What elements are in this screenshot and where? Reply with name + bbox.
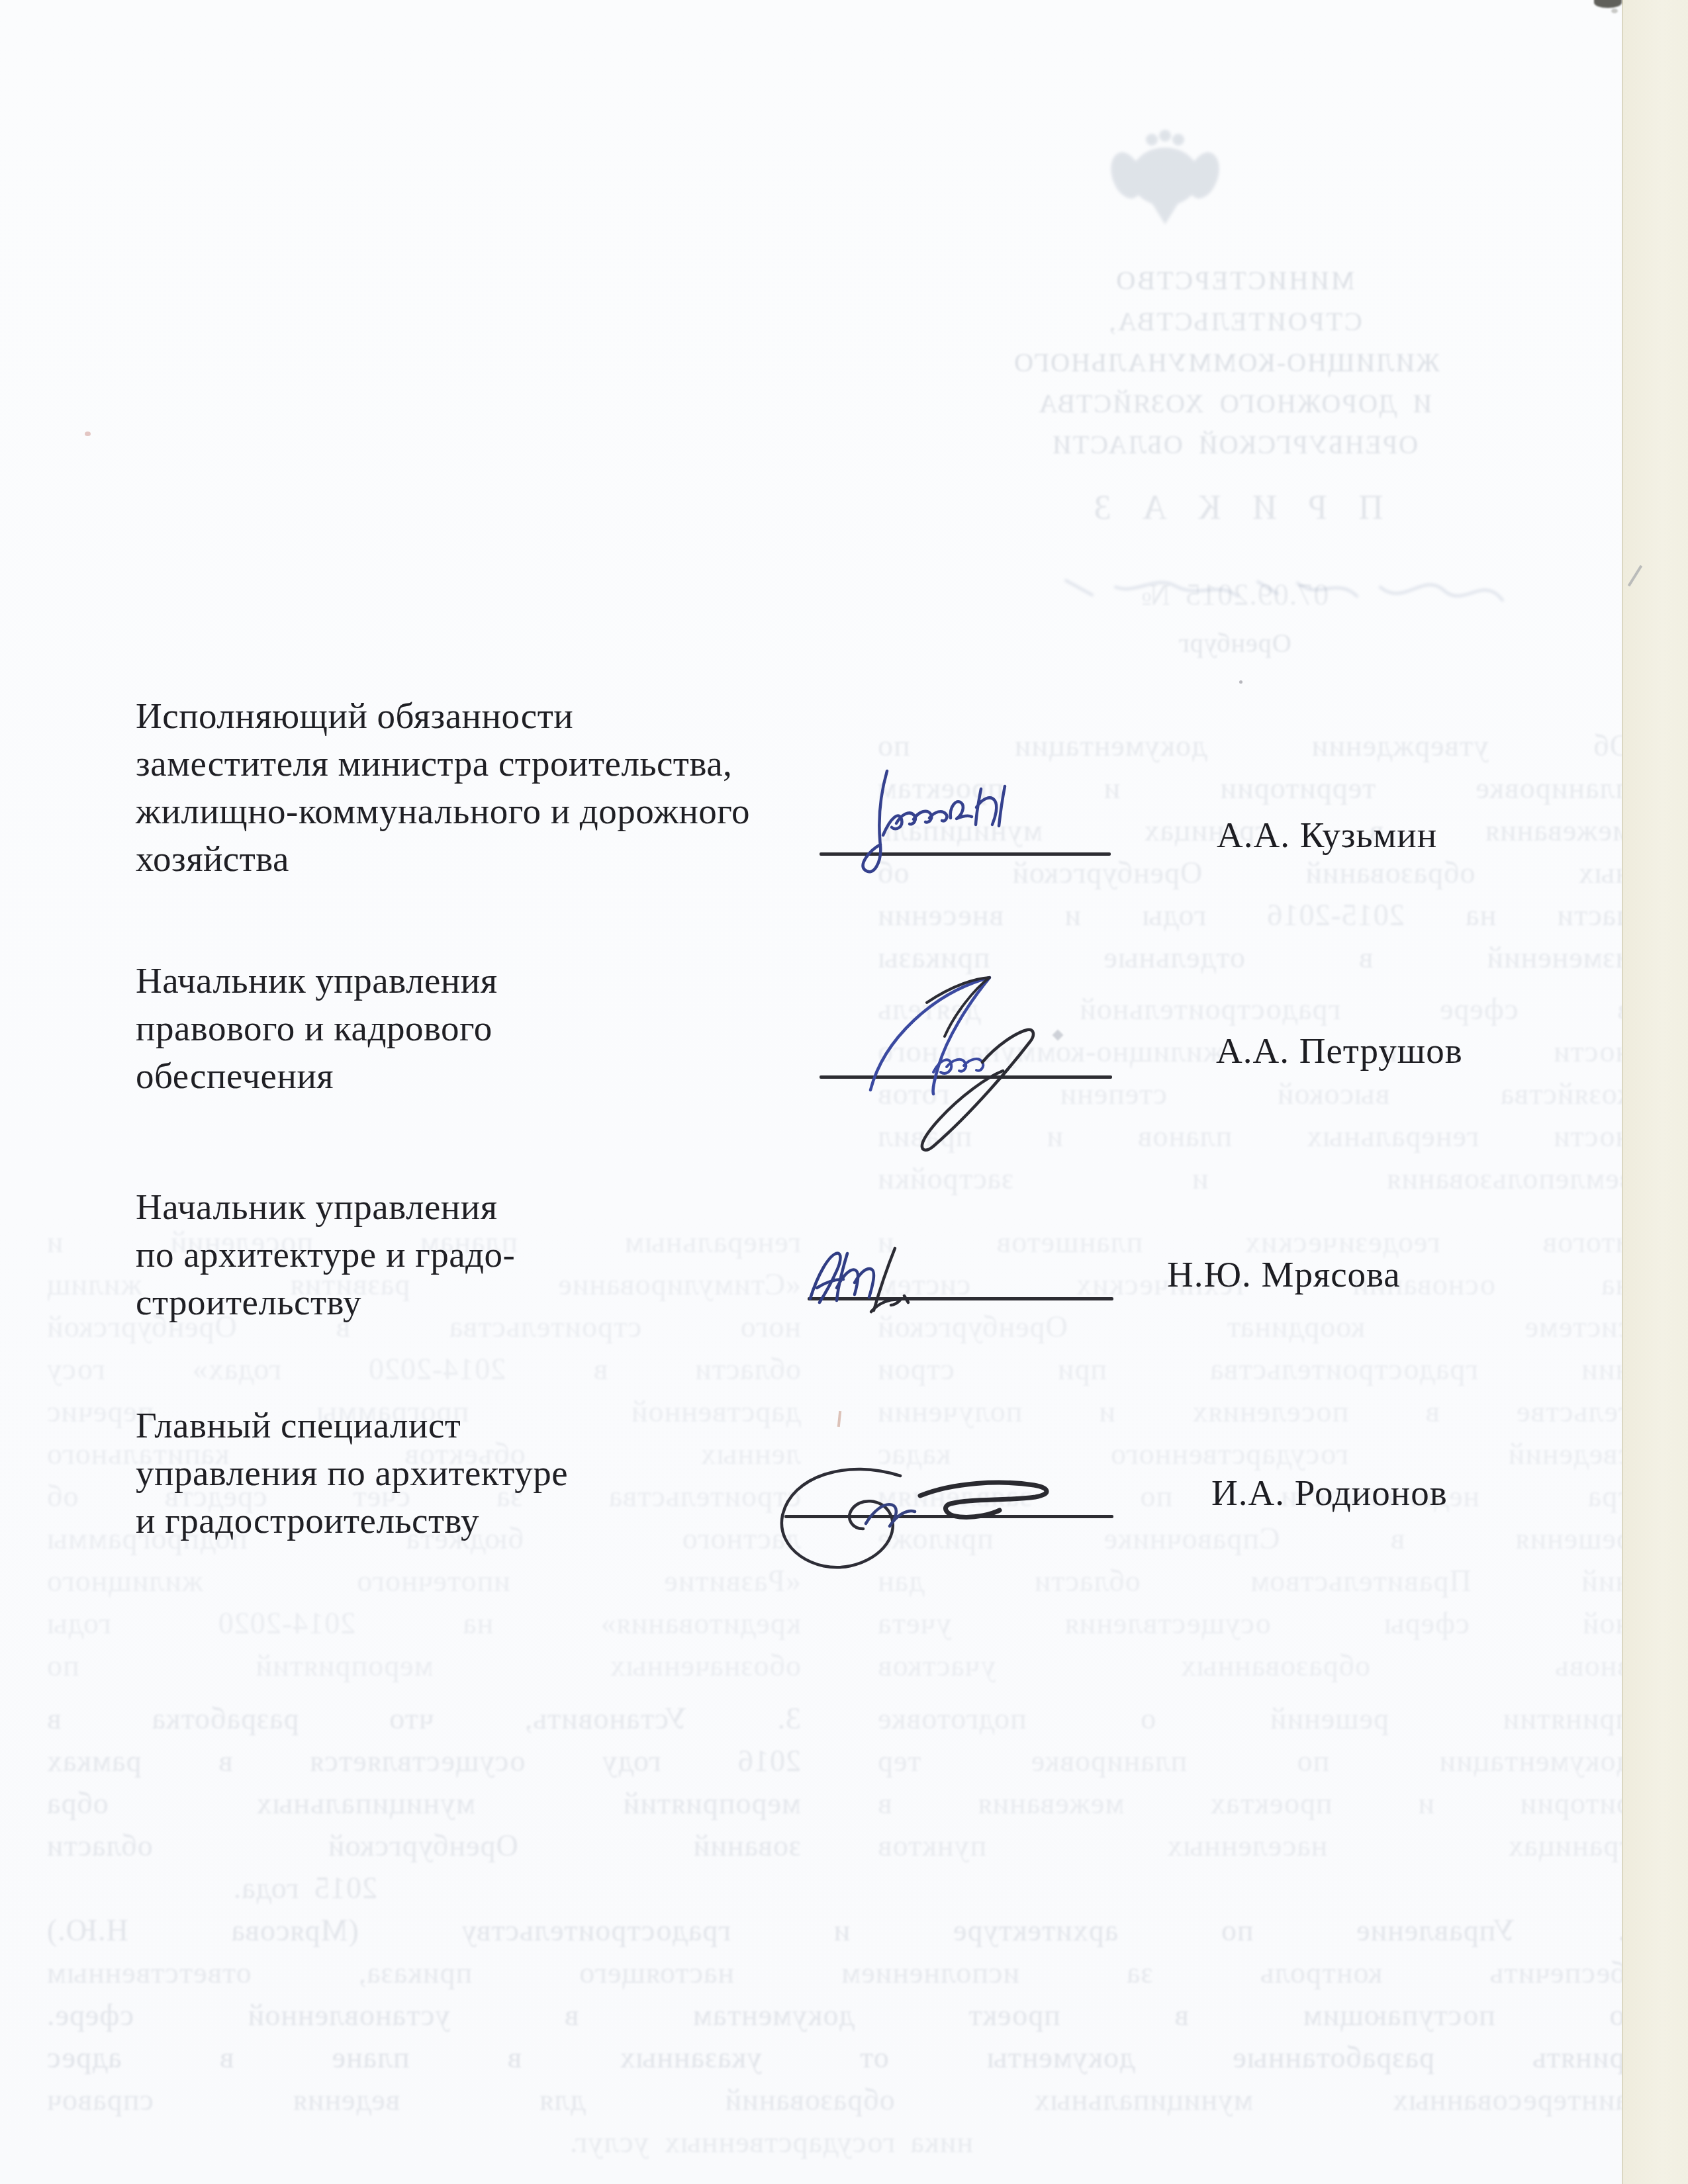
bleed-text-line: системе координат Оренбургской [877, 1309, 1632, 1344]
red-speck [85, 432, 91, 436]
bleed-text-line: мероприятий муниципальных обра [46, 1786, 801, 1821]
scanned-document-page: МИНИСТЕРСТВОСТРОИТЕЛЬСТВА,ЖИЛИЩНО-КОММУН… [0, 0, 1688, 2184]
bleed-text-line: Оренбург [1029, 627, 1440, 659]
bleed-text-line: «Развитие ипотечного жилищного [46, 1563, 801, 1598]
bleed-text-line: 3. Установить, что разработка в [46, 1701, 801, 1736]
signature-kuzmin [854, 748, 1072, 887]
signature-petrushov [854, 966, 1053, 1178]
signatory-name-kuzmin: А.А. Кузьмин [1217, 815, 1437, 855]
ink-smudge-top-small [1611, 9, 1618, 13]
bleed-text-line: 2015 года. [46, 1870, 377, 1905]
bleed-text-line: принятии решений о подготовке [877, 1701, 1632, 1736]
signature-rodionov [761, 1456, 1119, 1582]
bleed-text-line: ОРЕНБУРГСКОЙ ОБЛАСТИ [1029, 429, 1440, 460]
bleed-text-line: МИНИСТЕРСТВО [1029, 265, 1440, 296]
signatory-title-chief-specialist: Главный специалист управления по архитек… [136, 1402, 784, 1545]
scanner-edge-strip [1622, 0, 1688, 2184]
bleed-text-line: обеспечить контроль за исполнением насто… [46, 1955, 1642, 1990]
signatory-title-legal-hr-head: Начальник управления правового и кадрово… [136, 957, 784, 1100]
bleed-text-line: ритории и проектах межевания в [877, 1786, 1632, 1821]
bleed-text-line: ника государственных услуг. [46, 2124, 973, 2160]
signatory-name-mryasova: Н.Ю. Мрясова [1167, 1255, 1401, 1295]
bleed-text-line: зований Оренбургской области [46, 1828, 801, 1863]
bleed-text-line: границах населенных пунктов [877, 1828, 1632, 1863]
signatory-name-rodionov: И.А. Родионов [1211, 1473, 1448, 1513]
bleed-text-line: П Р И К А З [1029, 488, 1440, 527]
bleed-text-line: кредитования» на 2014-2020 годы [46, 1606, 801, 1641]
bleed-text-line: заинтересованных муниципальных образован… [46, 2082, 1642, 2117]
coat-of-arms-bleed [1105, 129, 1225, 228]
bleed-text-line: И ДОРОЖНОГО ХОЗЯЙСТВА [1029, 388, 1440, 419]
bleed-text-line: принять разработанные документы от указа… [46, 2040, 1642, 2075]
bleed-text-line: СТРОИТЕЛЬСТВА, [1029, 306, 1440, 337]
signature-mryasova [794, 1232, 966, 1332]
signatory-title-architecture-head: Начальник управления по архитектуре и гр… [136, 1183, 784, 1326]
bleed-text-line: 2016 году осуществляется в рамках [46, 1743, 801, 1778]
signatory-title-acting-deputy-minister: Исполняющий обязанности заместителя мини… [136, 692, 784, 883]
bleed-text-line: вновь образованных участков [877, 1648, 1632, 1683]
bleed-text-line: области в 2014-2020 годах» госу [46, 1351, 801, 1387]
gray-speck [1239, 680, 1243, 684]
bleed-text-line: документации по планировке тер [877, 1743, 1632, 1778]
bleed-text-line: ласти на 2015-2016 годы и внесении [877, 897, 1632, 933]
bleed-text-line: ЖИЛИЩНО-КОММУНАЛЬНОГО [1029, 347, 1440, 378]
bleed-text-line: тельстве в поселениях и получении [877, 1394, 1632, 1429]
signatory-name-petrushov: А.А. Петрушов [1216, 1031, 1463, 1071]
bleed-text-line: ной сферы осуществления учета [877, 1606, 1632, 1641]
bleed-text-line: 07.09.2015 № [1029, 577, 1440, 612]
bleed-text-line: 3. Управление по архитектуре и градостро… [46, 1913, 1642, 1948]
bleed-text-line: нии градостроительства при строи [877, 1351, 1632, 1387]
bleed-text-line: по поступающим в проект документам в уст… [46, 1997, 1642, 2032]
bleed-text-line: обозначенных мероприятий по [46, 1648, 801, 1683]
